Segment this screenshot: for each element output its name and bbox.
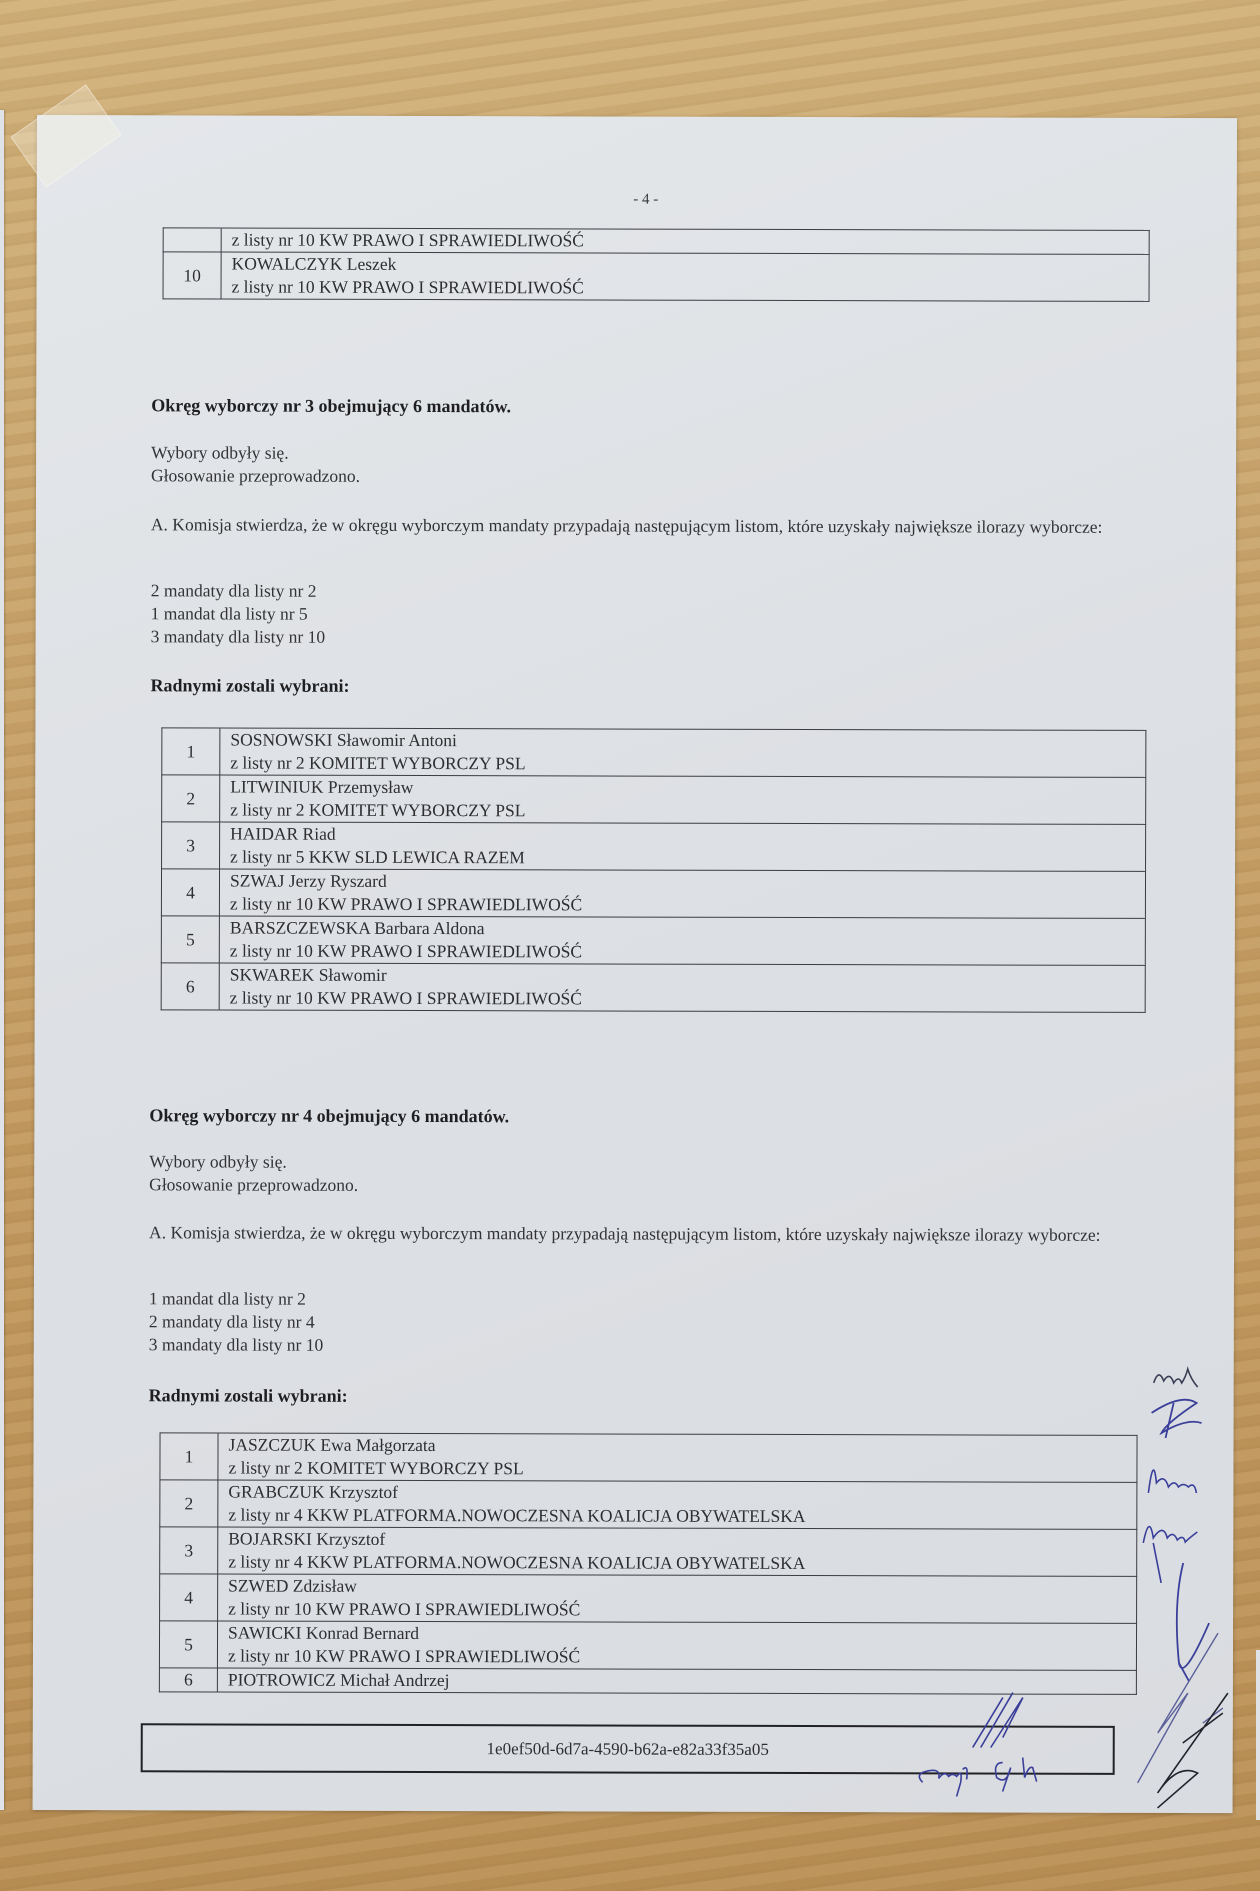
table-row: 2LITWINIUK Przemysławz listy nr 2 KOMITE… xyxy=(162,775,1146,825)
table-row: 4SZWED Zdzisławz listy nr 10 KW PRAWO I … xyxy=(160,1574,1137,1624)
row-number: 5 xyxy=(159,1621,217,1668)
table-row: 3HAIDAR Riadz listy nr 5 KKW SLD LEWICA … xyxy=(162,822,1146,872)
row-number xyxy=(163,228,221,252)
table-row: 5BARSZCZEWSKA Barbara Aldonaz listy nr 1… xyxy=(161,916,1145,966)
row-number: 2 xyxy=(160,1480,218,1527)
row-number: 4 xyxy=(161,869,219,916)
election-status: Wybory odbyły się. xyxy=(151,441,289,464)
candidate-name: BARSZCZEWSKA Barbara Aldona xyxy=(230,917,1145,942)
table-row: 1JASZCZUK Ewa Małgorzataz listy nr 2 KOM… xyxy=(160,1433,1137,1483)
list-name: z listy nr 2 KOMITET WYBORCZY PSL xyxy=(230,799,1145,824)
adjacent-sheet-left xyxy=(0,110,4,1810)
row-number: 2 xyxy=(162,775,220,822)
table-row: 4SZWAJ Jerzy Ryszardz listy nr 10 KW PRA… xyxy=(161,869,1145,919)
list-name: z listy nr 10 KW PRAWO I SPRAWIEDLIWOŚĆ xyxy=(232,229,1149,254)
list-name: z listy nr 4 KKW PLATFORMA.NOWOCZESNA KO… xyxy=(228,1551,1136,1576)
list-name: z listy nr 10 KW PRAWO I SPRAWIEDLIWOŚĆ xyxy=(232,276,1149,301)
row-number: 1 xyxy=(162,728,220,775)
candidate-name: HAIDAR Riad xyxy=(230,823,1145,848)
elected-table-district-4: 1JASZCZUK Ewa Małgorzataz listy nr 2 KOM… xyxy=(159,1432,1138,1695)
table-row: 1SOSNOWSKI Sławomir Antoniz listy nr 2 K… xyxy=(162,728,1146,778)
row-number: 10 xyxy=(163,252,221,299)
row-number: 5 xyxy=(161,916,219,963)
election-status: Wybory odbyły się. xyxy=(149,1150,287,1173)
elected-table-district-3: 1SOSNOWSKI Sławomir Antoniz listy nr 2 K… xyxy=(161,727,1147,1013)
signatures-bottom xyxy=(913,1687,1173,1798)
candidate-name: KOWALCZYK Leszek xyxy=(232,253,1149,278)
adjacent-sheet-right xyxy=(1256,1650,1260,1820)
document-page: - 4 - z listy nr 10 KW PRAWO I SPRAWIEDL… xyxy=(33,115,1237,1813)
row-number: 1 xyxy=(160,1433,218,1480)
candidate-name: GRABCZUK Krzysztof xyxy=(228,1481,1136,1506)
mandate-line: 3 mandaty dla listy nr 10 xyxy=(149,1333,324,1356)
candidate-name: SOSNOWSKI Sławomir Antoni xyxy=(230,729,1145,754)
table-row: 5SAWICKI Konrad Bernardz listy nr 10 KW … xyxy=(159,1621,1136,1671)
table-row: 6SKWAREK Sławomirz listy nr 10 KW PRAWO … xyxy=(161,963,1145,1013)
candidate-name: SKWAREK Sławomir xyxy=(230,964,1145,989)
voting-status: Głosowanie przeprowadzono. xyxy=(151,464,360,488)
table-row: 10 KOWALCZYK Leszek z listy nr 10 KW PRA… xyxy=(163,252,1149,302)
row-number: 3 xyxy=(160,1527,218,1574)
row-number: 6 xyxy=(159,1668,217,1692)
candidate-name: LITWINIUK Przemysław xyxy=(230,776,1145,801)
candidate-name: SAWICKI Konrad Bernard xyxy=(228,1622,1136,1647)
list-name: z listy nr 10 KW PRAWO I SPRAWIEDLIWOŚĆ xyxy=(228,1645,1136,1670)
row-number: 3 xyxy=(162,822,220,869)
list-name: z listy nr 2 KOMITET WYBORCZY PSL xyxy=(228,1457,1136,1482)
elected-label: Radnymi zostali wybrani: xyxy=(149,1385,348,1407)
page-number: - 4 - xyxy=(37,190,1255,210)
mandate-line: 2 mandaty dla listy nr 2 xyxy=(151,579,317,602)
list-name: z listy nr 5 KKW SLD LEWICA RAZEM xyxy=(230,846,1145,871)
list-name: z listy nr 2 KOMITET WYBORCZY PSL xyxy=(230,752,1145,777)
table-row: 2GRABCZUK Krzysztofz listy nr 4 KKW PLAT… xyxy=(160,1480,1137,1530)
table-row: z listy nr 10 KW PRAWO I SPRAWIEDLIWOŚĆ xyxy=(163,228,1149,255)
mandate-line: 1 mandat dla listy nr 5 xyxy=(151,602,308,625)
continuation-table: z listy nr 10 KW PRAWO I SPRAWIEDLIWOŚĆ … xyxy=(163,227,1150,302)
voting-status: Głosowanie przeprowadzono. xyxy=(149,1173,358,1197)
row-number: 6 xyxy=(161,963,219,1010)
mandate-line: 3 mandaty dla listy nr 10 xyxy=(151,625,326,648)
row-number: 4 xyxy=(160,1574,218,1621)
elected-label: Radnymi zostali wybrani: xyxy=(150,675,349,697)
district-heading: Okręg wyborczy nr 4 obejmujący 6 mandató… xyxy=(149,1105,509,1127)
list-name: z listy nr 10 KW PRAWO I SPRAWIEDLIWOŚĆ xyxy=(230,987,1145,1012)
district-heading: Okręg wyborczy nr 3 obejmujący 6 mandató… xyxy=(151,395,511,417)
mandate-line: 2 mandaty dla listy nr 4 xyxy=(149,1310,315,1333)
list-name: z listy nr 10 KW PRAWO I SPRAWIEDLIWOŚĆ xyxy=(230,940,1145,965)
candidate-name: JASZCZUK Ewa Małgorzata xyxy=(228,1434,1136,1459)
table-row: 3BOJARSKI Krzysztofz listy nr 4 KKW PLAT… xyxy=(160,1527,1137,1577)
document-id: 1e0ef50d-6d7a-4590-b62a-e82a33f35a05 xyxy=(487,1739,769,1759)
candidate-name: SZWED Zdzisław xyxy=(228,1575,1136,1600)
commission-statement: A. Komisja stwierdza, że w okręgu wyborc… xyxy=(151,513,1126,539)
mandate-line: 1 mandat dla listy nr 2 xyxy=(149,1287,306,1310)
list-name: z listy nr 10 KW PRAWO I SPRAWIEDLIWOŚĆ xyxy=(228,1598,1136,1623)
candidate-name: SZWAJ Jerzy Ryszard xyxy=(230,870,1145,895)
list-name: z listy nr 10 KW PRAWO I SPRAWIEDLIWOŚĆ xyxy=(230,893,1145,918)
list-name: z listy nr 4 KKW PLATFORMA.NOWOCZESNA KO… xyxy=(228,1504,1136,1529)
candidate-name: BOJARSKI Krzysztof xyxy=(228,1528,1136,1553)
commission-statement: A. Komisja stwierdza, że w okręgu wyborc… xyxy=(149,1221,1124,1247)
